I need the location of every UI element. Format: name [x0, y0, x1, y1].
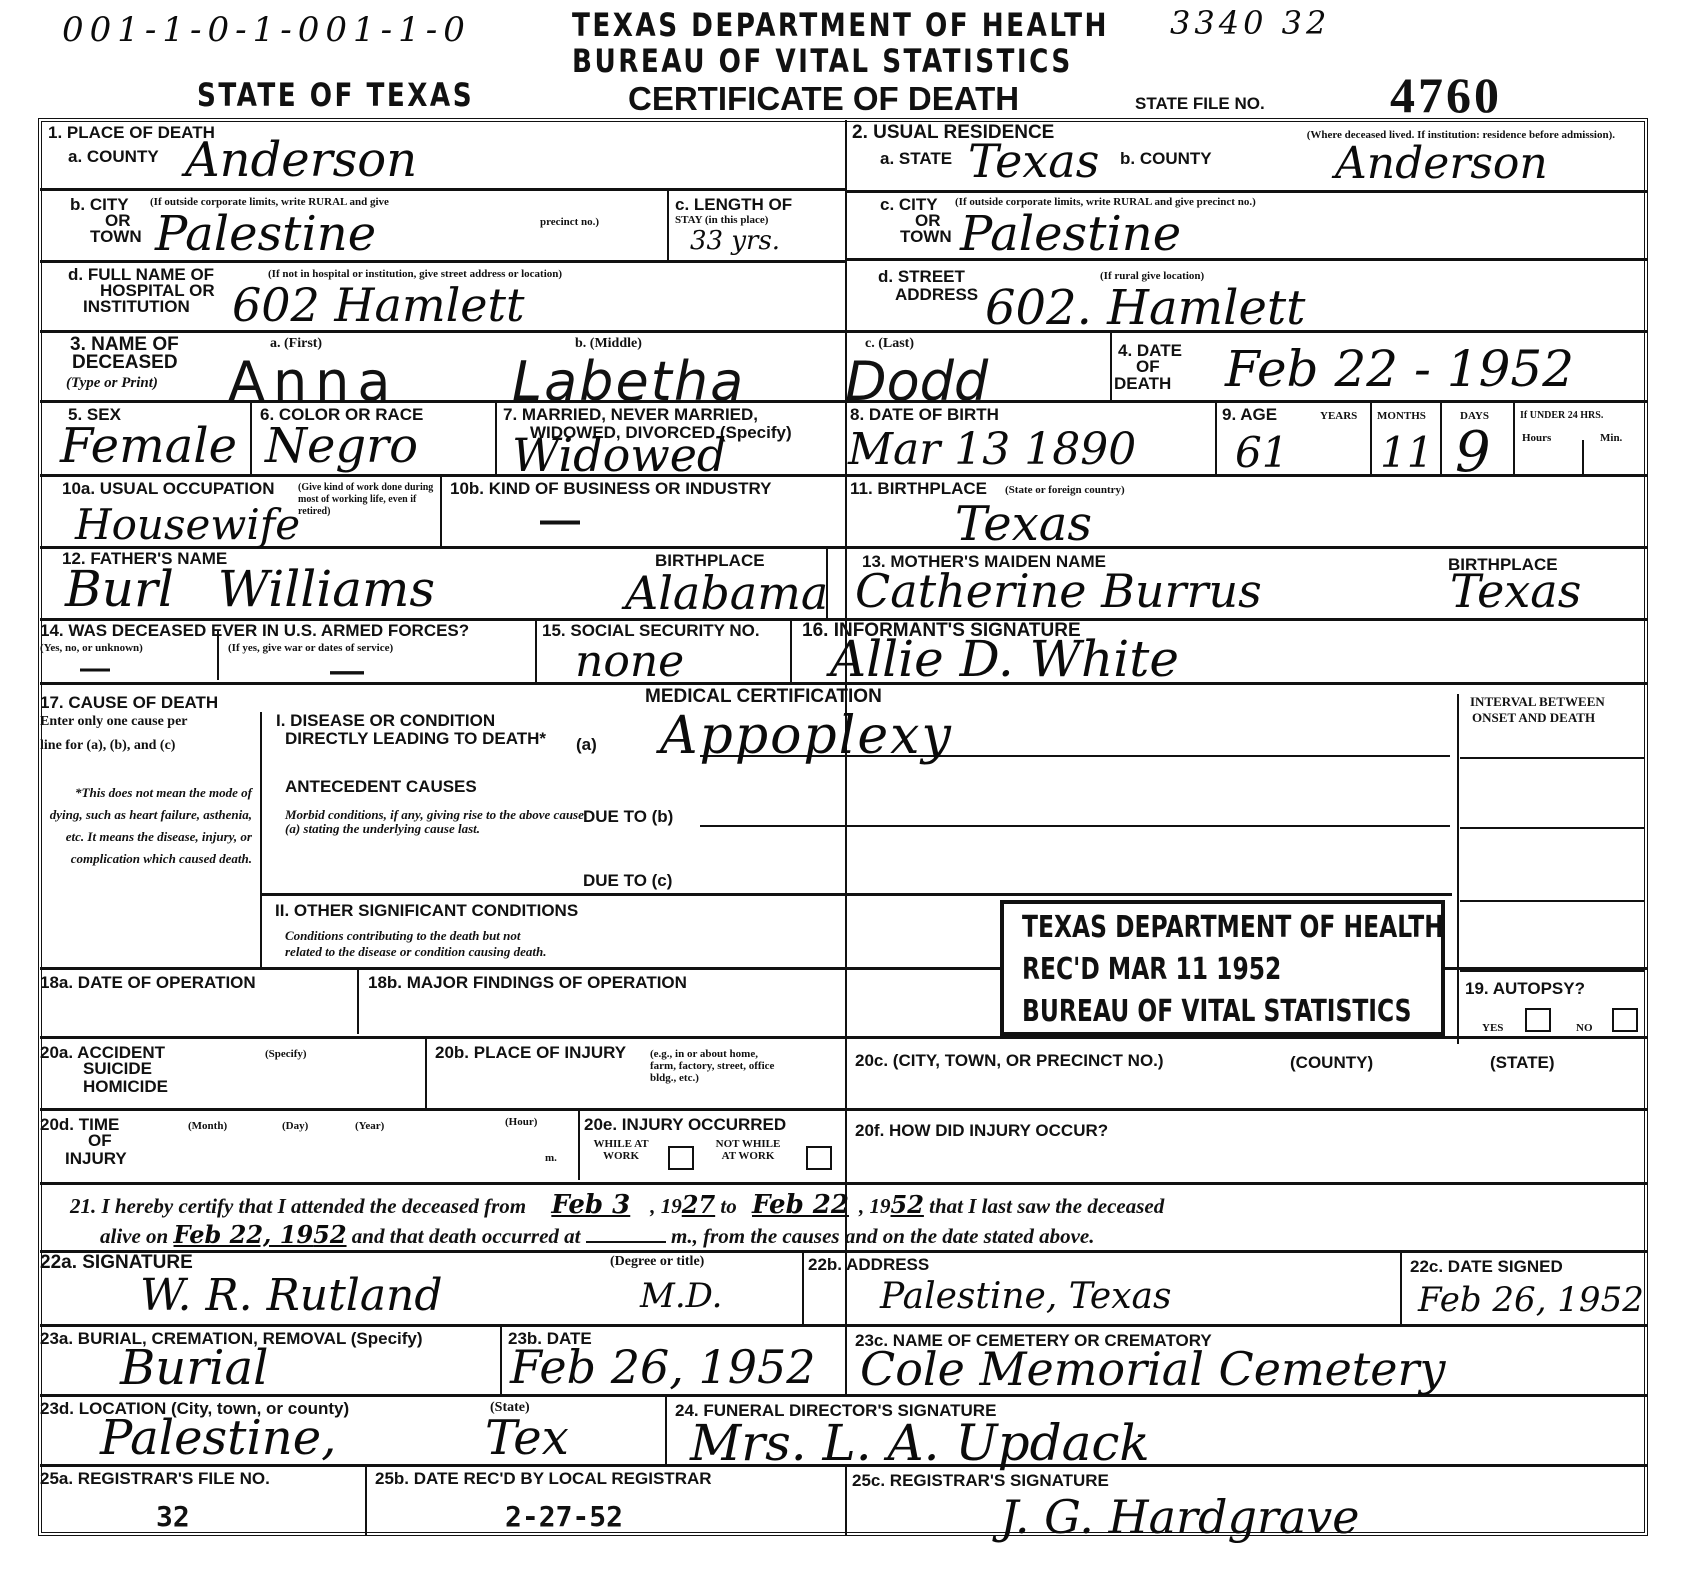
- sex-value: Female: [60, 418, 237, 474]
- autopsy-yes-checkbox[interactable]: [1525, 1008, 1551, 1032]
- under-24-label: If UNDER 24 HRS.: [1520, 410, 1603, 422]
- injury-county-label: (COUNTY): [1290, 1054, 1373, 1071]
- residence-county-label: b. COUNTY: [1120, 150, 1212, 167]
- residence-city-label-town: TOWN: [900, 228, 952, 245]
- attended-to-date: Feb 22: [742, 1190, 859, 1220]
- cause-instruction-2: line for (a), (b), and (c): [40, 740, 175, 752]
- middle-name-label: b. (Middle): [575, 338, 642, 350]
- mother-value: Catherine Burrus: [855, 564, 1262, 618]
- signature-label: 22a. SIGNATURE: [40, 1254, 193, 1271]
- injury-state-label: (STATE): [1490, 1054, 1555, 1071]
- attended-to-year: 52: [891, 1190, 924, 1219]
- last-seen-year: 52: [313, 1220, 346, 1249]
- injury-place-note: (e.g., in or about home, farm, factory, …: [435, 1048, 785, 1084]
- cause-of-death-label: 17. CAUSE OF DEATH: [40, 694, 218, 711]
- part1-label: I. DISEASE OR CONDITION: [276, 712, 495, 729]
- street-label-2: ADDRESS: [895, 286, 978, 303]
- part2-note-2: related to the disease or condition caus…: [285, 944, 546, 960]
- certify-text-4: and that death occurred at: [352, 1224, 581, 1248]
- to-word: to: [720, 1194, 736, 1218]
- father-birthplace-value: Alabama: [625, 566, 828, 620]
- burial-location-value: Palestine,: [100, 1410, 336, 1466]
- informant-value: Allie D. White: [830, 630, 1179, 688]
- armed-yes-no-value: —: [80, 652, 110, 686]
- hospital-value: 602 Hamlett: [232, 278, 525, 332]
- last-name-label: c. (Last): [865, 338, 914, 350]
- index-number: 001-1-0-1-001-1-0: [62, 10, 471, 50]
- first-name-value: Anna: [228, 350, 398, 413]
- line-a-label: (a): [576, 736, 597, 753]
- due-b-label: DUE TO (b): [583, 808, 673, 825]
- age-months-value: 11: [1380, 428, 1433, 477]
- mother-birthplace-value: Texas: [1450, 564, 1581, 618]
- physician-address: Palestine, Texas: [880, 1276, 1171, 1317]
- interval-label: INTERVAL BETWEEN: [1470, 696, 1605, 708]
- year-label: (Year): [355, 1120, 384, 1132]
- registrar-signature-label: 25c. REGISTRAR'S SIGNATURE: [852, 1472, 1109, 1489]
- cause-a-value: Appoplexy: [660, 706, 953, 766]
- hours-label: Hours: [1522, 432, 1551, 444]
- attended-from-year: 27: [682, 1190, 715, 1219]
- attended-from-date: Feb 3: [531, 1190, 650, 1220]
- registrar-file-label: 25a. REGISTRAR'S FILE NO.: [40, 1470, 270, 1487]
- date-of-death-value: Feb 22 - 1952: [1225, 340, 1574, 398]
- city-note-2: precinct no.): [540, 216, 599, 228]
- business-value: —: [540, 498, 580, 543]
- day-label: (Day): [282, 1120, 308, 1132]
- burial-state-value: Tex: [485, 1410, 569, 1466]
- injury-occurred-label: 20e. INJURY OCCURRED: [584, 1116, 786, 1133]
- degree-label: (Degree or title): [610, 1256, 704, 1268]
- autopsy-no-checkbox[interactable]: [1612, 1008, 1638, 1032]
- stay-label-2: STAY (in this place): [675, 214, 768, 226]
- injury-location-label: 20c. (CITY, TOWN, OR PRECINCT NO.): [855, 1052, 1164, 1069]
- months-label: MONTHS: [1377, 410, 1426, 422]
- age-days-value: 9: [1455, 420, 1491, 485]
- month-label: (Month): [188, 1120, 227, 1132]
- to-year-prefix: , 19: [859, 1194, 891, 1218]
- autopsy-label: 19. AUTOPSY?: [1465, 980, 1585, 997]
- certify-text-2: that I last saw the deceased: [929, 1194, 1164, 1218]
- cemetery-value: Cole Memorial Cemetery: [860, 1342, 1446, 1396]
- age-label: 9. AGE: [1222, 406, 1277, 423]
- operation-date-label: 18a. DATE OF OPERATION: [40, 974, 256, 991]
- part2-label: II. OTHER SIGNIFICANT CONDITIONS: [275, 902, 578, 919]
- handwritten-code: 3340 32: [1170, 4, 1330, 42]
- injury-type-specify: (Specify): [265, 1048, 307, 1060]
- min-label: Min.: [1600, 432, 1622, 444]
- part2-note-1: Conditions contributing to the death but…: [285, 928, 521, 944]
- armed-service-value: —: [330, 652, 364, 691]
- state-heading: STATE OF TEXAS: [197, 76, 474, 114]
- registrar-file-value: 32: [156, 1500, 190, 1533]
- dob-value: Mar 13 1890: [848, 424, 1136, 475]
- certificate-title: CERTIFICATE OF DEATH: [628, 80, 1019, 118]
- alive-on-label: alive on: [100, 1224, 168, 1248]
- ssn-value: none: [575, 636, 684, 687]
- hour-label: (Hour): [505, 1116, 537, 1128]
- cause-note: *This does not mean the mode of dying, s…: [40, 782, 252, 870]
- autopsy-yes-label: YES: [1482, 1022, 1503, 1034]
- physician-signature: W. R. Rutland: [140, 1270, 443, 1321]
- middle-name-value: Labetha: [512, 350, 745, 413]
- certify-text-line-2: alive on Feb 22, 1952 and that death occ…: [100, 1220, 1094, 1249]
- registrar-date-value: 2-27-52: [505, 1500, 623, 1533]
- birthplace-label: 11. BIRTHPLACE: [850, 480, 987, 497]
- marital-label: 7. MARRIED, NEVER MARRIED,: [503, 406, 758, 423]
- injury-how-label: 20f. HOW DID INJURY OCCUR?: [855, 1122, 1108, 1139]
- name-label-2: DECEASED: [72, 354, 178, 371]
- medical-heading: MEDICAL CERTIFICATION: [645, 688, 882, 705]
- certify-text-5: m., from the causes and on the date stat…: [671, 1224, 1095, 1248]
- death-city-value: Palestine: [155, 206, 376, 262]
- occupation-value: Housewife: [75, 500, 300, 549]
- not-while-at-work-label: NOT WHILE AT WORK: [708, 1138, 788, 1162]
- state-file-label: STATE FILE NO.: [1135, 95, 1265, 112]
- funeral-director-signature: Mrs. L. A. Updack: [690, 1414, 1150, 1472]
- stamp-line-3: BUREAU OF VITAL STATISTICS: [1022, 994, 1411, 1029]
- injury-type-label-2: SUICIDE: [83, 1060, 152, 1077]
- certify-intro: 21. I hereby certify that I attended the…: [70, 1194, 526, 1218]
- physician-degree: M.D.: [640, 1276, 722, 1316]
- last-seen-date: Feb 22, 19: [174, 1220, 314, 1249]
- date-of-death-label-2: OF: [1136, 358, 1160, 375]
- state-file-number: 4760: [1390, 66, 1502, 124]
- certify-text-line-1: 21. I hereby certify that I attended the…: [70, 1190, 1164, 1220]
- agency-line-2: BUREAU OF VITAL STATISTICS: [572, 42, 1073, 80]
- part1-label-2: DIRECTLY LEADING TO DEATH*: [285, 730, 546, 747]
- marital-value: Widowed: [512, 428, 726, 482]
- city-label-town: TOWN: [90, 228, 142, 245]
- last-name-value: Dodd: [845, 350, 988, 413]
- antecedent-note: Morbid conditions, if any, giving rise t…: [285, 808, 585, 836]
- street-value: 602. Hamlett: [985, 280, 1305, 336]
- stamp-line-1: TEXAS DEPARTMENT OF HEALTH: [1022, 910, 1444, 945]
- residence-county-value: Anderson: [1335, 138, 1548, 189]
- interval-label-2: ONSET AND DEATH: [1472, 712, 1595, 724]
- while-at-work-checkbox[interactable]: [668, 1146, 694, 1170]
- years-label: YEARS: [1320, 410, 1357, 422]
- stay-value: 33 yrs.: [690, 226, 780, 256]
- disposition-date-value: Feb 26, 1952: [510, 1340, 816, 1394]
- m-label: m.: [545, 1152, 557, 1164]
- stay-label: c. LENGTH OF: [675, 196, 792, 213]
- name-label-3: (Type or Print): [66, 375, 158, 392]
- injury-time-label-2: OF: [88, 1132, 112, 1149]
- name-label: 3. NAME OF: [70, 336, 179, 353]
- hospital-label-3: INSTITUTION: [83, 298, 190, 315]
- antecedent-label: ANTECEDENT CAUSES: [285, 778, 477, 795]
- operation-findings-label: 18b. MAJOR FINDINGS OF OPERATION: [368, 974, 687, 991]
- business-label: 10b. KIND OF BUSINESS OR INDUSTRY: [450, 480, 771, 497]
- first-name-label: a. (First): [270, 338, 322, 350]
- disposition-method-value: Burial: [120, 1340, 268, 1396]
- death-county-value: Anderson: [185, 132, 417, 188]
- while-at-work-label: WHILE AT WORK: [586, 1138, 656, 1162]
- date-signed-label: 22c. DATE SIGNED: [1410, 1258, 1563, 1275]
- father-value: Burl Williams: [65, 560, 435, 618]
- cause-instruction-1: Enter only one cause per: [40, 716, 188, 728]
- birthplace-value: Texas: [955, 496, 1092, 552]
- due-c-label: DUE TO (c): [583, 872, 672, 889]
- birthplace-note: (State or foreign country): [1005, 484, 1125, 496]
- injury-type-label-3: HOMICIDE: [83, 1078, 168, 1095]
- dob-label: 8. DATE OF BIRTH: [850, 406, 999, 423]
- received-stamp: TEXAS DEPARTMENT OF HEALTH REC'D MAR 11 …: [1000, 900, 1445, 1036]
- race-value: Negro: [265, 418, 418, 474]
- armed-forces-label: 14. WAS DECEASED EVER IN U.S. ARMED FORC…: [40, 622, 469, 639]
- registrar-signature: J. G. Hardgrave: [1000, 1490, 1360, 1544]
- from-year-prefix: , 19: [650, 1194, 682, 1218]
- residence-state-value: Texas: [968, 134, 1099, 188]
- residence-state-label: a. STATE: [880, 150, 952, 167]
- residence-city-value: Palestine: [960, 206, 1181, 262]
- county-label: a. COUNTY: [68, 148, 159, 165]
- date-signed-value: Feb 26, 1952: [1418, 1280, 1644, 1320]
- agency-line-1: TEXAS DEPARTMENT OF HEALTH: [572, 6, 1109, 44]
- registrar-date-label: 25b. DATE REC'D BY LOCAL REGISTRAR: [375, 1470, 712, 1487]
- autopsy-no-label: NO: [1576, 1022, 1593, 1034]
- date-of-death-label-3: DEATH: [1114, 375, 1171, 392]
- street-label: d. STREET: [878, 268, 965, 285]
- armed-service-label: (If yes, give war or dates of service): [228, 642, 393, 654]
- physician-address-label: 22b. ADDRESS: [808, 1256, 929, 1273]
- stamp-line-2: REC'D MAR 11 1952: [1022, 952, 1281, 987]
- injury-time-label-3: INJURY: [65, 1150, 127, 1167]
- not-while-at-work-checkbox[interactable]: [806, 1146, 832, 1170]
- age-years-value: 61: [1235, 428, 1288, 477]
